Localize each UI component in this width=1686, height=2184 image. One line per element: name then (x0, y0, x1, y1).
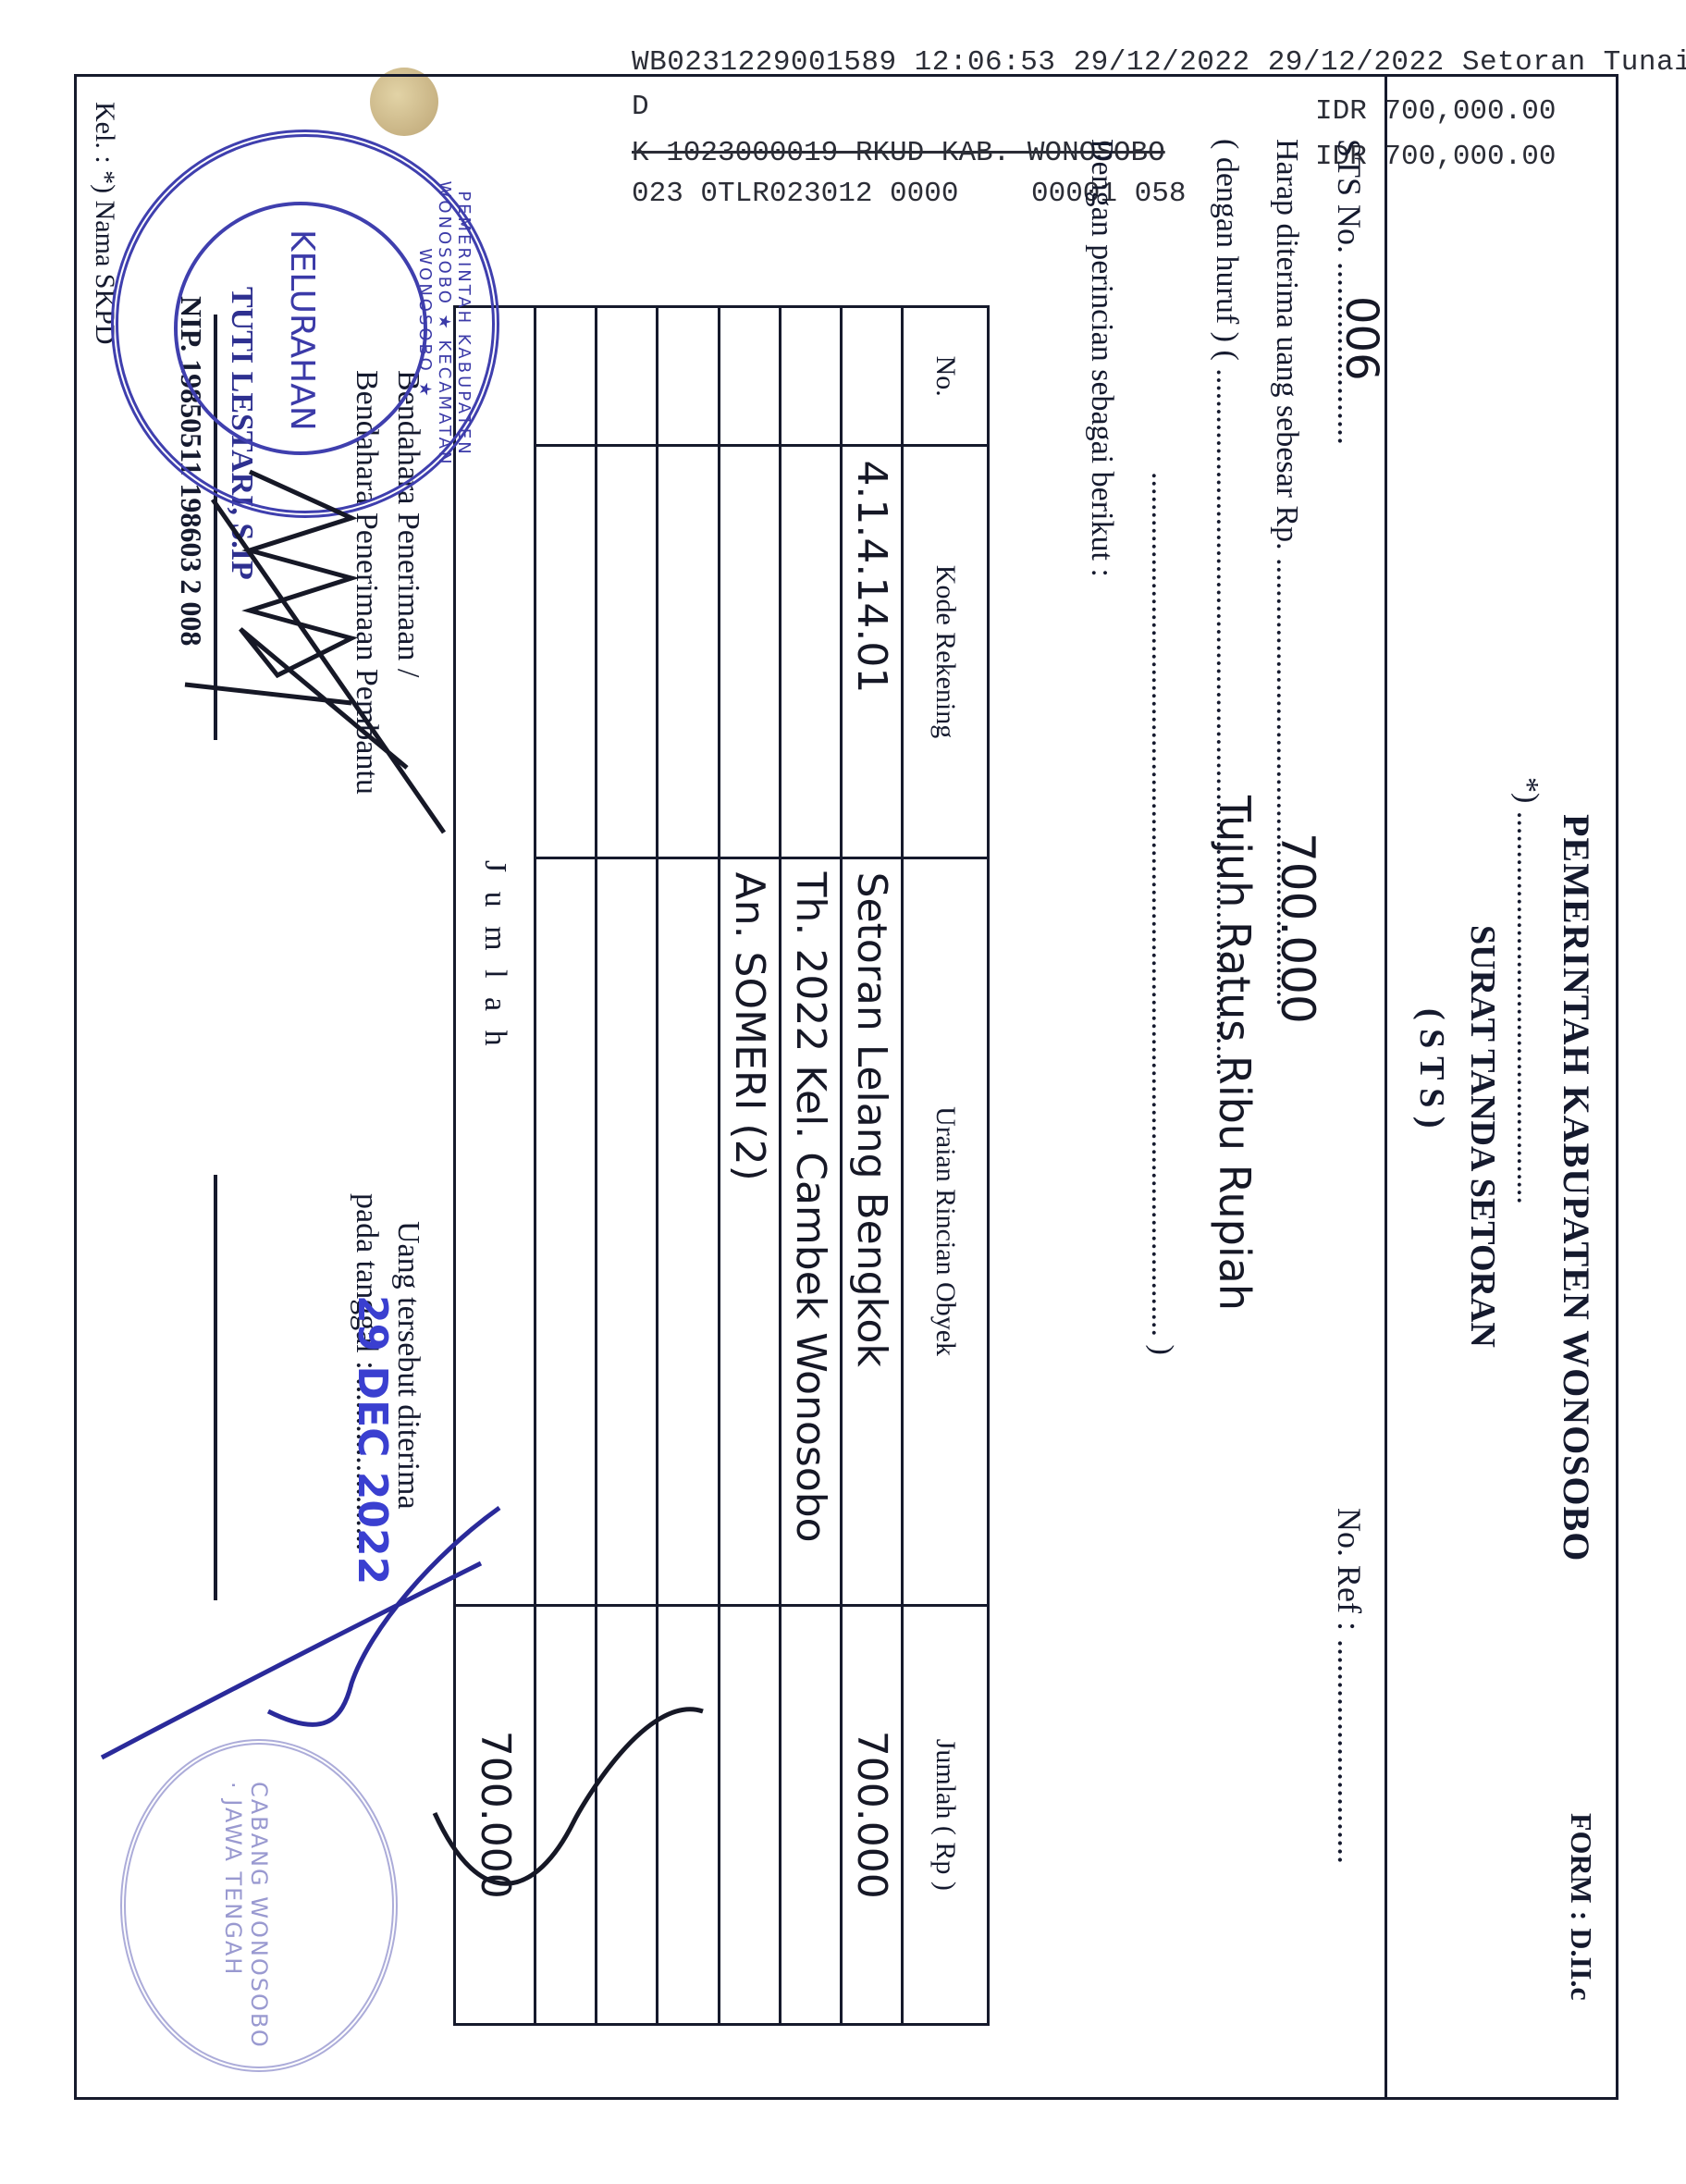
cell-no (841, 307, 902, 446)
cell-uraian (597, 858, 658, 1605)
header-uraian: Uraian Rincian Obyek (903, 858, 989, 1605)
cell-uraian: Th. 2022 Kel. Cambek Wonosobo (780, 858, 841, 1605)
cell-uraian (658, 858, 719, 1605)
no-ref-label: No. Ref : ........................... (1330, 1508, 1369, 1864)
header-jumlah: Jumlah ( Rp ) (903, 1605, 989, 2024)
detail-label: Dengan perincian sebagai berikut : (1084, 139, 1119, 577)
kelurahan-stamp: PEMERINTAH KABUPATEN WONOSOBO ★ KECAMATA… (111, 130, 499, 518)
cell-no (658, 307, 719, 446)
cell-kode (719, 446, 780, 858)
government-heading: PEMERINTAH KABUPATEN WONOSOBO (1555, 814, 1598, 1561)
cell-no (719, 307, 780, 446)
cell-kode (597, 446, 658, 858)
form-code: FORM : D.II.c (1564, 1813, 1598, 2001)
cell-uraian: An. SOMERI (2) (719, 858, 780, 1605)
form-title: SURAT TANDA SETORAN (1462, 925, 1503, 1348)
amount-value[interactable]: 700.000 (1271, 833, 1324, 1024)
cell-uraian (535, 858, 597, 1605)
skpd-field: *) .....................................… (1509, 777, 1544, 1204)
cell-kode: 4.1.4.14.01 (841, 446, 902, 858)
stamp-center-text: KELURAHAN (283, 229, 321, 431)
form-title-abbr: ( S T S ) (1411, 1008, 1452, 1129)
cell-kode (780, 446, 841, 858)
cell-no (597, 307, 658, 446)
words-continuation: ........................................… (1144, 472, 1179, 1355)
table-row: Th. 2022 Kel. Cambek Wonosobo (780, 307, 841, 2025)
sts-no-label: STS No. ...................... (1330, 139, 1369, 445)
total-check-mark (416, 1674, 731, 1952)
cell-uraian: Setoran Lelang Bengkok (841, 858, 902, 1605)
table-row: 4.1.4.14.01 Setoran Lelang Bengkok 700.0… (841, 307, 902, 2025)
bank-stamp: CABANG WONOSOBO · JAWA TENGAH (120, 1739, 398, 2072)
words-value[interactable]: Tujuh Ratus Ribu Rupiah (1210, 796, 1260, 1311)
bank-stamp-text: CABANG WONOSOBO · JAWA TENGAH (220, 1782, 272, 2067)
cell-jumlah (780, 1605, 841, 2024)
cell-kode (658, 446, 719, 858)
sts-no-value[interactable]: 006 (1335, 296, 1387, 381)
stamp-ring-text: PEMERINTAH KABUPATEN WONOSOBO ★ KECAMATA… (415, 137, 474, 511)
left-signature (157, 463, 462, 851)
cell-no (780, 307, 841, 446)
header-kode-rekening: Kode Rekening (903, 446, 989, 858)
cell-kode (535, 446, 597, 858)
header-no: No. (903, 307, 989, 446)
cell-jumlah: 700.000 (841, 1605, 902, 2024)
cell-no (535, 307, 597, 446)
sts-form: PEMERINTAH KABUPATEN WONOSOBO FORM : D.I… (74, 74, 1618, 2146)
